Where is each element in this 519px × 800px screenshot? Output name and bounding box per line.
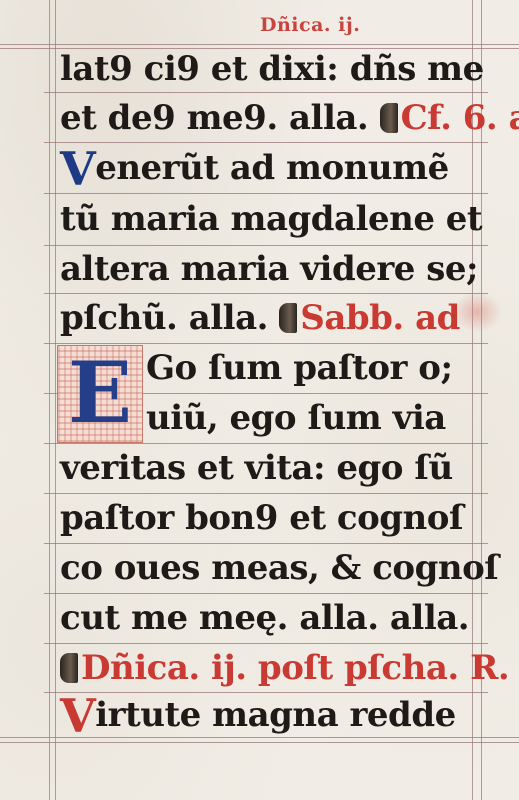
line-text: altera maria videre se; xyxy=(60,249,478,289)
line-text: Go ſum paſtor o; xyxy=(146,348,453,388)
line-text: paſtor bon9 et cognoſ xyxy=(60,498,463,538)
initial-letter: E xyxy=(64,350,136,436)
illuminated-initial-e: E xyxy=(57,345,143,443)
text-line-7: Go ſum paſtor o; xyxy=(146,343,480,393)
text-line-3: Venerũt ad monumẽ xyxy=(60,143,480,193)
paraph-mark-icon xyxy=(279,303,297,333)
rubric-text: Cf. 6. ad b. xyxy=(401,98,519,138)
line-text: pſchũ. alla. xyxy=(60,298,268,338)
line-text: co oues meas, & cognoſ xyxy=(60,548,498,588)
text-line-4: tũ maria magdalene et xyxy=(60,194,480,244)
text-line-9: veritas et vita: ego ſũ xyxy=(60,443,480,493)
line-text: enerũt ad monumẽ xyxy=(95,148,449,188)
line-text: et de9 me9. alla. xyxy=(60,98,368,138)
line-text: veritas et vita: ego ſũ xyxy=(60,448,453,488)
text-line-8: uiũ, ego ſum via xyxy=(146,393,480,443)
paraph-mark-icon xyxy=(60,653,78,683)
text-line-12: cut me meę. alla. alla. xyxy=(60,593,480,643)
text-line-13: Dñica. ij. poſt pſcha. R. xyxy=(60,643,480,693)
line-text: cut me meę. alla. alla. xyxy=(60,598,469,638)
running-header-rubric: Dñica. ij. xyxy=(260,14,360,36)
manuscript-page: Dñica. ij. lat9 ci9 et dixi: dñs me et d… xyxy=(0,0,519,800)
paraph-mark-icon xyxy=(380,103,398,133)
line-text: uiũ, ego ſum via xyxy=(146,398,446,438)
text-line-11: co oues meas, & cognoſ xyxy=(60,543,480,593)
text-line-14: Virtute magna redde xyxy=(60,690,480,740)
text-line-6: pſchũ. alla. Sabb. ad xyxy=(60,293,480,343)
rubric-text: Dñica. ij. poſt pſcha. R. xyxy=(81,648,509,688)
line-text: tũ maria magdalene et xyxy=(60,199,482,239)
ruling-line-left-inner xyxy=(55,0,56,800)
text-line-10: paſtor bon9 et cognoſ xyxy=(60,493,480,543)
text-line-2: et de9 me9. alla. Cf. 6. ad b. xyxy=(60,93,480,143)
text-line-5: altera maria videre se; xyxy=(60,244,480,294)
rubric-text: Sabb. ad xyxy=(300,298,460,338)
line-text: lat9 ci9 et dixi: dñs me xyxy=(60,49,484,89)
line-text: irtute magna redde xyxy=(95,695,456,735)
red-initial: V xyxy=(60,693,95,739)
blue-initial: V xyxy=(60,146,95,192)
text-line-1: lat9 ci9 et dixi: dñs me xyxy=(60,44,480,94)
ruling-line-left-outer xyxy=(49,0,50,800)
